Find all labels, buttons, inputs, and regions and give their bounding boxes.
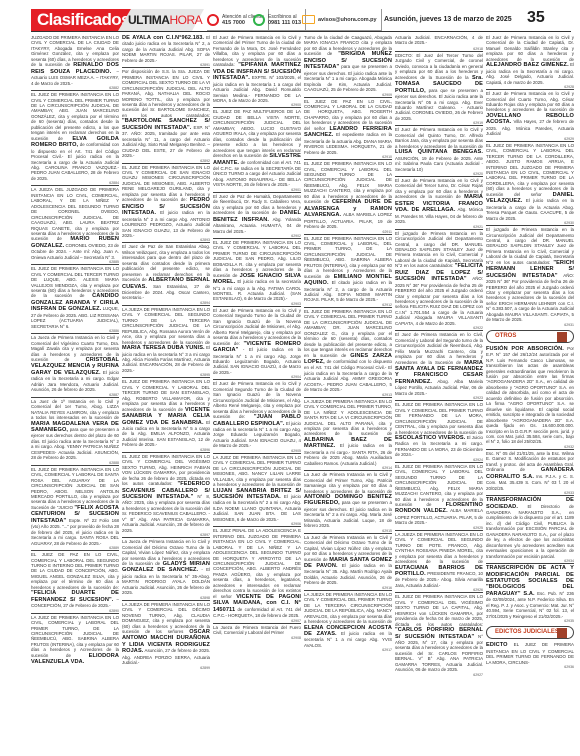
notice-text: EDICTO: El Juez del Tercer Turno del Juz… — [395, 53, 483, 80]
legal-notice: EDICTO EL JUEZ DE PRIMERA INSTANCIA EN L… — [486, 641, 574, 669]
notice-text: AÑO: 2025 N° 36" Por providencia de fech… — [395, 276, 483, 326]
column-2: DE AYALA con C.I.N°962.183. El citado ju… — [122, 34, 210, 670]
notice-subject-name: ALEJANDRO BAEZ GIMENEZ. — [486, 62, 569, 68]
legal-notice: El Juez de Primera Instancia en lo Civil… — [486, 34, 574, 89]
legal-notice: La Jueza de Primera Instancia en lo Civi… — [31, 333, 119, 397]
legal-notice: EL JUEZ DE PRIMERA INSTANCIA EN LO CIVIL… — [304, 307, 392, 397]
notice-text: AÑO: 2025 N° 36" Por providencia de fech… — [486, 273, 574, 323]
section-title: Clasificados — [37, 10, 130, 30]
legal-notice: EL JUEZ DE PAZ EN LO CIVIL, COMERCIAL Y … — [31, 550, 119, 613]
section-title: EDICTOS JUDICIALES — [495, 630, 559, 635]
legal-notice: EL JUEZ DE PAZ MULTIFUEROS DE LA CIUDAD … — [213, 107, 301, 191]
legal-notice: EDICTO: El Juez del Tercer Turno del Juz… — [395, 51, 483, 125]
notice-text: LA JUEZA DE PRIMERA INSTANCIA EN LO CIVI… — [304, 399, 392, 437]
column-6: El Juez de Primera Instancia en lo Civil… — [486, 34, 574, 669]
legal-notice: La Jueza de Primera Instancia del Fuero … — [213, 623, 301, 641]
column-3: El Juez de Primera Instancia en lo Civil… — [213, 34, 301, 640]
notice-subject-name: LUISA QUINTANA BENEGAS. — [395, 149, 483, 155]
legal-notice: EL JUEZ DE PRIMERA INSTANCIA EN LO CIVIL… — [122, 452, 210, 537]
contact-email: avisos@uhora.com.py — [302, 9, 382, 31]
notice-text: El Directorio de GANADERA NARANJITO S.A.… — [486, 504, 574, 559]
notice-text: Por E.P. N° 157 del 26/12/24 autorizada … — [486, 346, 574, 445]
legal-notice: EL JUEZ DE PAZ EN LO CIVIL, COMERCIAL Y … — [304, 97, 392, 160]
legal-notice: EL JUEZ DE PRIMERA INSTANCIA EN LO CIVIL… — [31, 264, 119, 333]
notice-text: EL JUEZ DE PRIMERA INSTANCIA EN LO CIVIL… — [31, 92, 119, 141]
legal-notice: EL JUEZ DE PRIMERA INSTANCIA EN LO CIVIL… — [31, 465, 119, 550]
legal-notice: El Juez de Paz de San Estanislao Abog. W… — [122, 242, 210, 305]
legal-notice: El Juez de Paz de Humaitá, Departamento … — [213, 192, 301, 238]
notice-subject-name: EDICTO — [486, 642, 508, 648]
legal-notice: Esc. N° 05 del 21/01/25, ante la Esc. Wi… — [486, 449, 574, 495]
legal-notice: TRANSCRIPCIÓN DE ACTA Y MODIFICACIÓN PAR… — [486, 563, 574, 623]
legal-notice: La Juez de 1ª Instancia en lo Civil y Co… — [31, 397, 119, 465]
notice-text: LA JUEZ DE PRIMERA INSTANCIA EN LO CIVIL… — [213, 455, 301, 487]
notice-text: EL JUEZ DE PRIMERA INSTANCIA EN LO CIVIL… — [31, 467, 119, 510]
notice-text: LA JUEZA DE PRIMERA INSTANCIA EN LO CIVI… — [304, 592, 392, 624]
notice-code: 62917 — [304, 648, 392, 652]
legal-notice: LA JUEZA DE PRIMERA INSTANCIA EN LO CIVI… — [304, 590, 392, 653]
section-badge-icon — [557, 628, 567, 638]
legal-notice: LA JUEZA DE PRIMERA INSTANCIA EN LO CIVI… — [304, 397, 392, 470]
notice-text: Por disposición de S.S. la Sra. JUEZA DE… — [122, 69, 210, 118]
legal-notice: El Juez de Primera Instancia en lo Civil… — [213, 34, 301, 107]
notice-text: LA JUEZA DE PRIMERA INSTANCIA EN LO CIVI… — [122, 307, 210, 345]
legal-notice: Actuaria Judicial. ENCARNACIÓN, 4 de Mar… — [395, 34, 483, 51]
legal-notice: El Juez de Primera Instancia en lo Civil… — [395, 176, 483, 229]
contact-value: 0981 111 013 — [268, 20, 301, 26]
legal-notice: JUZGADO DE PRIMERA INSTANCIA EN LO CIVIL… — [31, 34, 119, 90]
legal-notice: El juzgado de Primera Instancia en la Ci… — [395, 229, 483, 331]
legal-notice: EL JUEZ DE PRIMERA INSTANCIA EN LO CIVIL… — [31, 90, 119, 185]
notice-text: N° 8, AÑO: 2025, cita y emplaza por sese… — [122, 494, 210, 533]
notice-text: N° AÑO 2025, N° 17, cita y emplaza por s… — [395, 634, 483, 673]
contact-whatsapp: Escríbinos al0981 111 013 — [253, 9, 306, 31]
legal-notice: EL JUEZ DE PRIMERA INSTANCIA EN LO CIVIL… — [395, 462, 483, 530]
notice-code: 62899 — [122, 666, 210, 670]
notice-subject-name: MARIA TERESA DUBA YUNIS. — [122, 345, 205, 351]
notice-text: La Juez de Primera Instancia en lo Civil… — [304, 472, 392, 493]
notice-text: LA JUEZA DEL JUZGADO DE PRIMERA INSTANCI… — [31, 187, 119, 241]
notice-text: EL JUEZ DE PRIMERA INSTANCIA EN LO CIVIL… — [304, 309, 392, 358]
page-number: 35 — [527, 9, 545, 27]
legal-notice: DE AYALA con C.I.N°962.183. El citado ju… — [122, 34, 210, 67]
brand-logo-part-b: HORA — [169, 13, 202, 27]
notice-text: EL JUEZ DE PRIMERA INSTANCIA EN LO CIVIL… — [395, 594, 483, 626]
notice-code: 62935 — [486, 619, 574, 623]
header-rule — [31, 31, 571, 32]
legal-notice: TRANSFORMACIÓN DE SOCIEDAD. El Directori… — [486, 495, 574, 563]
legal-notice: LA JUEZA DE PRIMERA INSTANCIA EN LO CIVI… — [122, 305, 210, 377]
notice-text: EL JUEZ DE PRIMERA INSTANCIA EN LO CIVIL… — [486, 143, 574, 197]
legal-notice: EL JUEZ DE PRIMERA INSTANCIA EN LO CIVIL… — [395, 400, 483, 462]
notice-text: Actuaria Judicial. ENCARNACIÓN, 4 de Mar… — [395, 35, 483, 45]
notice-code: 62931 — [486, 323, 574, 327]
legal-notice: LA JUEZA DE PRIMERA INSTANCIA EN LO CIVI… — [395, 530, 483, 593]
legal-notice: FUSIÓN POR ABSORCIÓN. Por E.P. N° 157 de… — [486, 345, 574, 449]
legal-notice: EL JUEZ DE PRIMERA INSTANCIA EN LO CIVIL… — [304, 234, 392, 307]
section-title: OTROS — [495, 334, 516, 339]
notice-subject-name: ESCOLASTICO VIVEROS. — [395, 435, 465, 441]
legal-notice: LA JUEZA DE PRIMERA INSTANCIA EN LO CIVI… — [122, 600, 210, 670]
legal-notice: LA JUEZ DE PRIMERA INSTANCIA EN LO CIVIL… — [31, 613, 119, 666]
legal-notice: El juzgado de Primera Instancia en la Ci… — [486, 225, 574, 327]
legal-notice: EL JUEZ DE PRIMERA INSTANCIA EN LO CIVIL… — [304, 159, 392, 233]
legal-notice: EL JUEZ PENAL DE LA ADOLESCENCIA E INTER… — [213, 526, 301, 622]
legal-notice: El Juez de Primera Instancia en lo Civil… — [395, 330, 483, 400]
column-5: Actuaria Judicial. ENCARNACIÓN, 4 de Mar… — [395, 34, 483, 677]
brand-logo-part-a: ULTIMA — [128, 13, 169, 27]
notice-text: EL JUEZ DE PRIMERA INSTANCIA EN LO CIVIL… — [395, 402, 483, 434]
legal-notice: EL JUEZ DE PRIMERA INSTANCIA EN LO CIVIL… — [395, 592, 483, 676]
notice-text: La Juez de 1ª Instancia en lo Civil y Co… — [31, 399, 119, 420]
notice-code: 62927 — [395, 673, 483, 677]
notice-text: EL JUEZ DE PAZ EN LO CIVIL, COMERCIAL Y … — [31, 552, 119, 590]
notice-subject-name: DE AYALA con C.I.N°962.183. — [122, 35, 204, 41]
legal-notice: Turno de la ciudad de Caaguazú, Abogada … — [304, 34, 392, 97]
legal-notice: El Juez de Primera Instancia en lo Civil… — [213, 379, 301, 452]
notice-text: EL JUEZ DE PRIMERA INSTANCIA EN LO CIVIL… — [304, 161, 392, 204]
legal-notice: La Juez de Primera Instancia en lo Civil… — [304, 470, 392, 533]
notice-text: LA JUEZA DE PRIMERA INSTANCIA EN LO CIVI… — [395, 532, 483, 564]
notice-text: EL JUEZ DE PAZ MULTIFUEROS DE LA CIUDAD … — [213, 109, 301, 158]
notice-text: EL JUEZ DE PRIMERA INSTANCIA EN LO CIVIL… — [395, 464, 483, 507]
notice-text: EL JUEZ PENAL DE LA ADOLESCENCIA E INTER… — [213, 528, 301, 598]
notice-subject-name: "FELICIA DUARTE DE FERNANDEZ S/ SUCESION… — [31, 590, 119, 602]
notice-subject-name: FUSIÓN POR ABSORCIÓN. — [486, 346, 564, 352]
brand-logo: ULTIMAHORA — [128, 13, 202, 27]
section-header-edictos: EDICTOS JUDICIALES — [486, 626, 574, 639]
legal-notice: LA JUEZ DE PRIMERA INSTANCIA EN LO CIVIL… — [213, 453, 301, 526]
contact-value: 415 7000 — [222, 20, 245, 26]
legal-notice: Por disposición de S.S. la Sra. JUEZA DE… — [122, 67, 210, 162]
legal-notice: El Juez de Primera Instancia en lo Civil… — [213, 306, 301, 379]
contact-value: avisos@uhora.com.py — [318, 17, 377, 23]
notice-text: de conformidad con lo dispuesto en el Ar… — [31, 142, 119, 181]
publication-date: Asunción, jueves 13 de marzo de 2025 — [384, 16, 512, 23]
notice-text: El Juez de Primera Instancia en lo Civil… — [486, 35, 574, 62]
notice-code: 62936 — [486, 665, 574, 669]
notice-text: LA JUEZ DE PRIMERA INSTANCIA EN LO CIVIL… — [31, 615, 119, 658]
legal-notice: EL JUEZ DE PRIMERA INSTANCIA EN LO CIVIL… — [486, 141, 574, 225]
section-banner: Clasificados — [31, 9, 133, 31]
notice-text: El Juez de Primera Instancia en lo Civil… — [395, 127, 483, 148]
phone-icon — [207, 14, 219, 26]
legal-notice: LA JUEZA DEL JUZGADO DE PRIMERA INSTANCI… — [31, 185, 119, 264]
notice-subject-name: "CARLOS PORFIRIO BERNAL S/ SUCESIÓN INTE… — [395, 627, 483, 639]
notice-text: ASUNCIÓN, 19 de Febrero de 2025. Ante mí… — [395, 156, 483, 172]
legal-notice: La Juez de Primera Instancia en lo Civil… — [304, 533, 392, 590]
masthead: Clasificados ULTIMAHORA Atención al clie… — [0, 0, 580, 32]
section-header-otros: OTROS — [486, 330, 574, 343]
notice-text: El Juez de Primera Instancia en lo Civil… — [486, 91, 574, 112]
legal-notice: EL JUEZ DE PRIMERA INSTANCIA EN LO CIVIL… — [122, 377, 210, 451]
notice-text: EL JUEZ DE PRIMERA INSTANCIA EN LO CIVIL… — [304, 236, 392, 279]
legal-notice: EL JUEZ DE PRIMERA INSTANCIA EN LO CIVIL… — [213, 238, 301, 306]
column-1: JUZGADO DE PRIMERA INSTANCIA EN LO CIVIL… — [31, 34, 119, 666]
legal-notice: El Juez de Primera Instancia en lo Civil… — [395, 125, 483, 176]
whatsapp-icon — [253, 14, 265, 26]
legal-notice: EL JUEZ DE PRIMERA INSTANCIA EN LO CIVIL… — [122, 163, 210, 243]
legal-notice: El Juez de Primera Instancia en lo Civil… — [486, 89, 574, 141]
mail-icon — [302, 15, 315, 24]
column-4: Turno de la ciudad de Caaguazú, Abogada … — [304, 34, 392, 652]
legal-notice: La Jueza de Primera Instancia en lo Civi… — [122, 537, 210, 600]
notice-text: La Jueza de Primera Instancia del Fuero … — [213, 625, 301, 635]
notice-code: 62908 — [213, 636, 301, 640]
section-badge-icon — [557, 332, 567, 342]
